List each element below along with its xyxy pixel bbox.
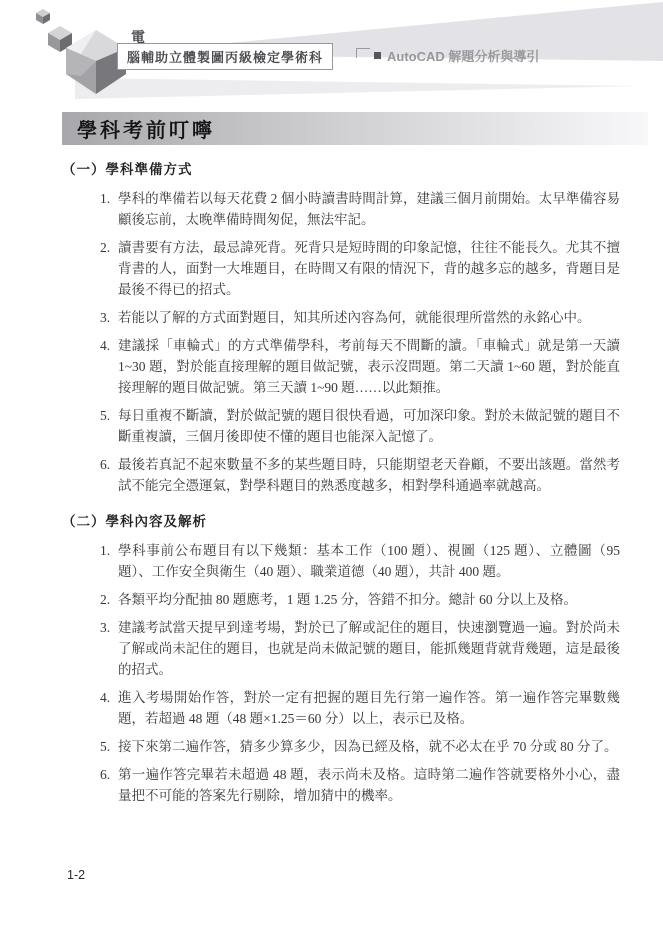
list-item: 6. 第一遍作答完畢若未超過 48 題，表示尚未及格。這時第二遍作答就要格外小心… — [100, 764, 620, 806]
list-item: 5. 接下來第二遍作答，猜多少算多少，因為已經及格，就不必太在乎 70 分或 8… — [100, 736, 620, 757]
list-item: 3. 若能以了解的方式面對題目，知其所述內容為何，就能很理所當然的永銘心中。 — [100, 307, 620, 328]
item-text: 建議考試當天提早到達考場，對於已了解或記住的題目，快速瀏覽過一遍。對於尚未了解或… — [118, 617, 620, 680]
item-number: 6. — [100, 764, 118, 806]
item-number: 1. — [100, 540, 118, 582]
list-item: 4. 進入考場開始作答，對於一定有把握的題目先行第一遍作答。第一遍作答完畢數幾題… — [100, 687, 620, 729]
item-number: 3. — [100, 307, 118, 328]
list-item: 4. 建議採「車輪式」的方式準備學科，考前每天不間斷的讀。「車輪式」就是第一天讀… — [100, 335, 620, 398]
header-subtitle: AutoCAD 解題分析與導引 — [374, 46, 539, 65]
item-number: 2. — [100, 589, 118, 610]
section-heading: （二）學科內容及解析 — [62, 510, 620, 530]
list-item: 2. 讀書要有方法，最忌諱死背。死背只是短時間的印象記憶，往往不能長久。尤其不擅… — [100, 237, 620, 300]
list-item: 6. 最後若真記不起來數量不多的某些題目時，只能期望老天眷顧，不要出該題。當然考… — [100, 454, 620, 496]
section-content-analysis: （二）學科內容及解析 1. 學科事前公布題目有以下幾類：基本工作（100 題）、… — [62, 510, 620, 806]
item-number: 5. — [100, 405, 118, 447]
list-item: 2. 各類平均分配抽 80 題應考，1 題 1.25 分，答錯不扣分。總計 60… — [100, 589, 620, 610]
item-number: 2. — [100, 237, 118, 300]
item-number: 3. — [100, 617, 118, 680]
list-item: 5. 每日重複不斷讀，對於做記號的題目很快看過，可加深印象。對於未做記號的題目不… — [100, 405, 620, 447]
section-items: 1. 學科事前公布題目有以下幾類：基本工作（100 題）、視圖（125 題）、立… — [100, 540, 620, 806]
series-title-text: 腦輔助立體製圖丙級檢定學術科 — [127, 50, 323, 65]
item-text: 若能以了解的方式面對題目，知其所述內容為何，就能很理所當然的永銘心中。 — [118, 307, 620, 328]
page-content: （一）學科準備方式 1. 學科的準備若以每天花費 2 個小時讀書時間計算，建議三… — [62, 158, 620, 820]
list-item: 3. 建議考試當天提早到達考場，對於已了解或記住的題目，快速瀏覽過一遍。對於尚未… — [100, 617, 620, 680]
chapter-title-bar: 學科考前叮嚀 — [62, 112, 648, 145]
item-text: 最後若真記不起來數量不多的某些題目時，只能期望老天眷顧，不要出該題。當然考試不能… — [118, 454, 620, 496]
item-text: 每日重複不斷讀，對於做記號的題目很快看過，可加深印象。對於未做記號的題目不斷重複… — [118, 405, 620, 447]
list-item: 1. 學科的準備若以每天花費 2 個小時讀書時間計算，建議三個月前開始。太早準備… — [100, 188, 620, 230]
item-number: 4. — [100, 335, 118, 398]
item-text: 學科的準備若以每天花費 2 個小時讀書時間計算，建議三個月前開始。太早準備容易顧… — [118, 188, 620, 230]
item-text: 接下來第二遍作答，猜多少算多少，因為已經及格，就不必太在乎 70 分或 80 分… — [118, 736, 620, 757]
section-preparation: （一）學科準備方式 1. 學科的準備若以每天花費 2 個小時讀書時間計算，建議三… — [62, 158, 620, 496]
square-bullet-icon — [374, 52, 381, 59]
item-number: 1. — [100, 188, 118, 230]
item-number: 5. — [100, 736, 118, 757]
item-text: 學科事前公布題目有以下幾類：基本工作（100 題）、視圖（125 題）、立體圖（… — [118, 540, 620, 582]
item-text: 第一遍作答完畢若未超過 48 題，表示尚未及格。這時第二遍作答就要格外小心，盡量… — [118, 764, 620, 806]
item-text: 各類平均分配抽 80 題應考，1 題 1.25 分，答錯不扣分。總計 60 分以… — [118, 589, 620, 610]
series-title-box: 腦輔助立體製圖丙級檢定學術科 — [117, 43, 333, 70]
item-number: 4. — [100, 687, 118, 729]
page-header: 電 腦輔助立體製圖丙級檢定學術科 AutoCAD 解題分析與導引 — [0, 0, 663, 112]
header-connector-line — [356, 48, 370, 58]
page-container: 電 腦輔助立體製圖丙級檢定學術科 AutoCAD 解題分析與導引 學科考前叮嚀 … — [0, 0, 663, 937]
chapter-title: 學科考前叮嚀 — [62, 114, 215, 143]
item-text: 建議採「車輪式」的方式準備學科，考前每天不間斷的讀。「車輪式」就是第一天讀 1~… — [118, 335, 620, 398]
list-item: 1. 學科事前公布題目有以下幾類：基本工作（100 題）、視圖（125 題）、立… — [100, 540, 620, 582]
section-heading: （一）學科準備方式 — [62, 158, 620, 178]
item-number: 6. — [100, 454, 118, 496]
section-items: 1. 學科的準備若以每天花費 2 個小時讀書時間計算，建議三個月前開始。太早準備… — [100, 188, 620, 496]
item-text: 讀書要有方法，最忌諱死背。死背只是短時間的印象記憶，往往不能長久。尤其不擅背書的… — [118, 237, 620, 300]
page-number: 1-2 — [67, 868, 85, 882]
item-text: 進入考場開始作答，對於一定有把握的題目先行第一遍作答。第一遍作答完畢數幾題，若超… — [118, 687, 620, 729]
subtitle-text: AutoCAD 解題分析與導引 — [387, 46, 539, 65]
